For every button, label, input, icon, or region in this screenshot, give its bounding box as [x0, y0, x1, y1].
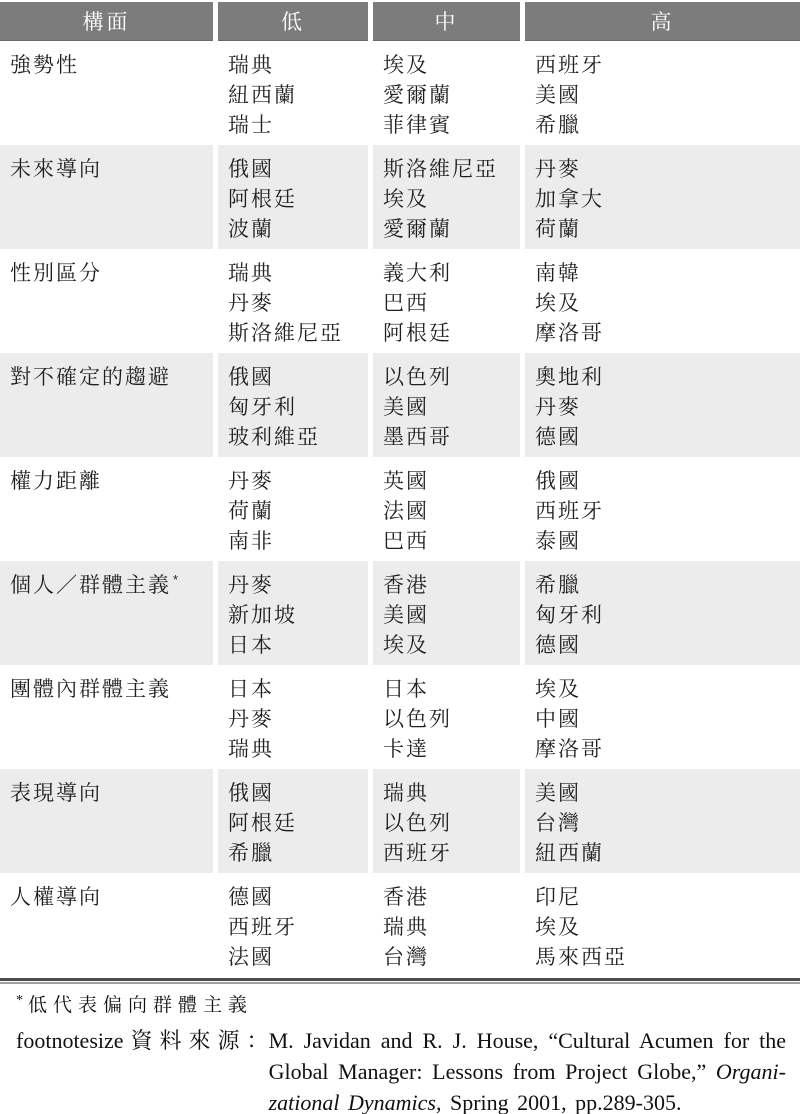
table-row: 對不確定的趨避 俄國 匈牙利 玻利維亞 以色列 美國 墨西哥 奧地利 丹麥 德國: [0, 353, 800, 457]
dimension-cell: 性別區分: [0, 249, 213, 353]
low-countries-cell: 丹麥 荷蘭 南非: [218, 457, 368, 561]
dimension-cell: 未來導向: [0, 145, 213, 249]
medium-countries-cell: 斯洛維尼亞 埃及 愛爾蘭: [373, 145, 520, 249]
country-name: 斯洛維尼亞: [383, 155, 520, 185]
country-name: 丹麥: [228, 705, 368, 735]
country-name: 荷蘭: [228, 497, 368, 527]
high-countries-cell: 埃及 中國 摩洛哥: [525, 665, 800, 769]
country-name: 巴西: [383, 527, 520, 557]
dimension-label: 人權導向: [10, 886, 102, 909]
high-countries-cell: 希臘 匈牙利 德國: [525, 561, 800, 665]
footnotes-section: *低代表偏向群體主義 footnotesize資料來源： M. Javidan …: [0, 984, 800, 1114]
low-countries-cell: 丹麥 新加坡 日本: [218, 561, 368, 665]
table-header-row: 構面 低 中 高: [0, 2, 800, 41]
country-name: 丹麥: [228, 467, 368, 497]
country-name: 阿根廷: [383, 319, 520, 349]
medium-countries-cell: 義大利 巴西 阿根廷: [373, 249, 520, 353]
high-countries-cell: 奧地利 丹麥 德國: [525, 353, 800, 457]
country-name: 西班牙: [383, 839, 520, 869]
country-name: 俄國: [228, 155, 368, 185]
country-name: 俄國: [535, 467, 800, 497]
country-name: 荷蘭: [535, 215, 800, 245]
country-name: 日本: [228, 631, 368, 661]
high-countries-cell: 西班牙 美國 希臘: [525, 41, 800, 145]
country-name: 以色列: [383, 363, 520, 393]
country-name: 泰國: [535, 527, 800, 557]
high-countries-cell: 俄國 西班牙 泰國: [525, 457, 800, 561]
country-name: 丹麥: [535, 155, 800, 185]
medium-countries-cell: 埃及 愛爾蘭 菲律賓: [373, 41, 520, 145]
country-name: 美國: [383, 601, 520, 631]
dimension-cell: 對不確定的趨避: [0, 353, 213, 457]
header-cell-low: 低: [218, 2, 368, 41]
country-name: 中國: [535, 705, 800, 735]
country-name: 丹麥: [228, 289, 368, 319]
dimension-label: 權力距離: [10, 470, 102, 493]
country-name: 西班牙: [535, 497, 800, 527]
country-name: 埃及: [383, 185, 520, 215]
country-name: 法國: [228, 943, 368, 973]
country-name: 西班牙: [228, 913, 368, 943]
dimension-cell: 人權導向: [0, 873, 213, 977]
country-name: 愛爾蘭: [383, 81, 520, 111]
medium-countries-cell: 日本 以色列 卡達: [373, 665, 520, 769]
table-row: 人權導向 德國 西班牙 法國 香港 瑞典 台灣 印尼 埃及 馬來西亞: [0, 873, 800, 977]
country-name: 香港: [383, 883, 520, 913]
citation-line-1-text: M. Javidan and R. J. House, “Cultural Ac…: [269, 1028, 786, 1053]
country-name: 德國: [535, 631, 800, 661]
country-name: 以色列: [383, 809, 520, 839]
citation-line-3: zational Dynamics, Spring 2001, pp.289-3…: [269, 1087, 786, 1114]
country-name: 印尼: [535, 883, 800, 913]
country-name: 匈牙利: [228, 393, 368, 423]
country-name: 埃及: [535, 913, 800, 943]
country-name: 台灣: [535, 809, 800, 839]
country-name: 紐西蘭: [228, 81, 368, 111]
dimension-label: 表現導向: [10, 782, 102, 805]
country-name: 摩洛哥: [535, 319, 800, 349]
citation-line-2: Global Manager: Lessons from Project Glo…: [269, 1056, 786, 1087]
dimension-cell: 表現導向: [0, 769, 213, 873]
country-name: 希臘: [228, 839, 368, 869]
country-name: 俄國: [228, 779, 368, 809]
country-name: 埃及: [535, 289, 800, 319]
table-row: 性別區分 瑞典 丹麥 斯洛維尼亞 義大利 巴西 阿根廷 南韓 埃及 摩洛哥: [0, 249, 800, 353]
country-name: 斯洛維尼亞: [228, 319, 368, 349]
citation-line-3-text: Spring 2001, pp.289-305.: [441, 1090, 681, 1114]
country-name: 美國: [383, 393, 520, 423]
table-footnote: *低代表偏向群體主義: [16, 992, 786, 1020]
country-name: 法國: [383, 497, 520, 527]
medium-countries-cell: 香港 美國 埃及: [373, 561, 520, 665]
country-name: 墨西哥: [383, 423, 520, 453]
country-name: 瑞典: [228, 51, 368, 81]
country-name: 日本: [228, 675, 368, 705]
country-name: 美國: [535, 81, 800, 111]
cultural-dimensions-table-page: 構面 低 中 高 強勢性 瑞典 紐西蘭 瑞士 埃及 愛爾蘭 菲律賓 西班牙 美國…: [0, 2, 800, 1114]
high-countries-cell: 印尼 埃及 馬來西亞: [525, 873, 800, 977]
country-name: 香港: [383, 571, 520, 601]
country-name: 波蘭: [228, 215, 368, 245]
low-countries-cell: 瑞典 紐西蘭 瑞士: [218, 41, 368, 145]
dimension-label: 個人／群體主義: [10, 574, 171, 597]
low-countries-cell: 瑞典 丹麥 斯洛維尼亞: [218, 249, 368, 353]
dimension-label: 強勢性: [10, 54, 79, 77]
country-name: 台灣: [383, 943, 520, 973]
header-cell-dimension: 構面: [0, 2, 213, 41]
header-cell-medium: 中: [373, 2, 520, 41]
dimension-label: 團體內群體主義: [10, 678, 171, 701]
dimension-label: 性別區分: [10, 262, 102, 285]
country-name: 匈牙利: [535, 601, 800, 631]
country-name: 加拿大: [535, 185, 800, 215]
country-name: 美國: [535, 779, 800, 809]
country-name: 玻利維亞: [228, 423, 368, 453]
country-name: 埃及: [383, 51, 520, 81]
country-name: 瑞典: [228, 735, 368, 765]
source-label-latin: footnotesize: [16, 1028, 124, 1053]
dimension-cell: 團體內群體主義: [0, 665, 213, 769]
dimension-cell: 強勢性: [0, 41, 213, 145]
citation-journal-name-end: zational Dynamics,: [269, 1090, 442, 1114]
country-name: 巴西: [383, 289, 520, 319]
medium-countries-cell: 瑞典 以色列 西班牙: [373, 769, 520, 873]
dimension-cell: 權力距離: [0, 457, 213, 561]
country-name: 阿根廷: [228, 185, 368, 215]
low-countries-cell: 俄國 阿根廷 希臘: [218, 769, 368, 873]
country-name: 愛爾蘭: [383, 215, 520, 245]
table-bottom-rule: [0, 977, 800, 984]
country-name: 紐西蘭: [535, 839, 800, 869]
high-countries-cell: 丹麥 加拿大 荷蘭: [525, 145, 800, 249]
dimension-label: 未來導向: [10, 158, 102, 181]
dimension-footnote-marker: *: [173, 572, 178, 587]
country-name: 埃及: [383, 631, 520, 661]
table-row: 權力距離 丹麥 荷蘭 南非 英國 法國 巴西 俄國 西班牙 泰國: [0, 457, 800, 561]
table-body: 強勢性 瑞典 紐西蘭 瑞士 埃及 愛爾蘭 菲律賓 西班牙 美國 希臘 未來導向 …: [0, 41, 800, 977]
footnote-asterisk: *: [16, 993, 23, 1008]
high-countries-cell: 美國 台灣 紐西蘭: [525, 769, 800, 873]
source-label-colon: ：: [247, 1028, 269, 1053]
citation-text: M. Javidan and R. J. House, “Cultural Ac…: [269, 1025, 786, 1114]
table-row: 表現導向 俄國 阿根廷 希臘 瑞典 以色列 西班牙 美國 台灣 紐西蘭: [0, 769, 800, 873]
table-row: 未來導向 俄國 阿根廷 波蘭 斯洛維尼亞 埃及 愛爾蘭 丹麥 加拿大 荷蘭: [0, 145, 800, 249]
dimension-label: 對不確定的趨避: [10, 366, 171, 389]
medium-countries-cell: 以色列 美國 墨西哥: [373, 353, 520, 457]
country-name: 奧地利: [535, 363, 800, 393]
citation-line-2-text: Global Manager: Lessons from Project Glo…: [269, 1059, 716, 1084]
country-name: 日本: [383, 675, 520, 705]
country-name: 德國: [535, 423, 800, 453]
country-name: 義大利: [383, 259, 520, 289]
table-row: 個人／群體主義* 丹麥 新加坡 日本 香港 美國 埃及 希臘 匈牙利 德國: [0, 561, 800, 665]
source-label: footnotesize資料來源：: [16, 1025, 269, 1114]
header-cell-high: 高: [525, 2, 800, 41]
country-name: 菲律賓: [383, 111, 520, 141]
country-name: 埃及: [535, 675, 800, 705]
country-name: 卡達: [383, 735, 520, 765]
low-countries-cell: 俄國 匈牙利 玻利維亞: [218, 353, 368, 457]
country-name: 瑞典: [228, 259, 368, 289]
country-name: 希臘: [535, 111, 800, 141]
country-name: 俄國: [228, 363, 368, 393]
source-label-cjk: 資料來源: [131, 1028, 247, 1053]
country-name: 英國: [383, 467, 520, 497]
citation-line-1: M. Javidan and R. J. House, “Cultural Ac…: [269, 1025, 786, 1056]
low-countries-cell: 日本 丹麥 瑞典: [218, 665, 368, 769]
table-row: 強勢性 瑞典 紐西蘭 瑞士 埃及 愛爾蘭 菲律賓 西班牙 美國 希臘: [0, 41, 800, 145]
country-name: 南非: [228, 527, 368, 557]
country-name: 瑞士: [228, 111, 368, 141]
country-name: 新加坡: [228, 601, 368, 631]
table-row: 團體內群體主義 日本 丹麥 瑞典 日本 以色列 卡達 埃及 中國 摩洛哥: [0, 665, 800, 769]
country-name: 丹麥: [535, 393, 800, 423]
country-name: 南韓: [535, 259, 800, 289]
medium-countries-cell: 香港 瑞典 台灣: [373, 873, 520, 977]
country-name: 摩洛哥: [535, 735, 800, 765]
dimension-cell: 個人／群體主義*: [0, 561, 213, 665]
high-countries-cell: 南韓 埃及 摩洛哥: [525, 249, 800, 353]
low-countries-cell: 德國 西班牙 法國: [218, 873, 368, 977]
medium-countries-cell: 英國 法國 巴西: [373, 457, 520, 561]
country-name: 德國: [228, 883, 368, 913]
country-name: 西班牙: [535, 51, 800, 81]
low-countries-cell: 俄國 阿根廷 波蘭: [218, 145, 368, 249]
country-name: 馬來西亞: [535, 943, 800, 973]
country-name: 瑞典: [383, 779, 520, 809]
country-name: 阿根廷: [228, 809, 368, 839]
footnote-text: 低代表偏向群體主義: [28, 995, 253, 1016]
source-citation: footnotesize資料來源： M. Javidan and R. J. H…: [16, 1025, 786, 1114]
citation-journal-name-start: Organi-: [716, 1059, 786, 1084]
country-name: 丹麥: [228, 571, 368, 601]
country-name: 希臘: [535, 571, 800, 601]
country-name: 瑞典: [383, 913, 520, 943]
country-name: 以色列: [383, 705, 520, 735]
